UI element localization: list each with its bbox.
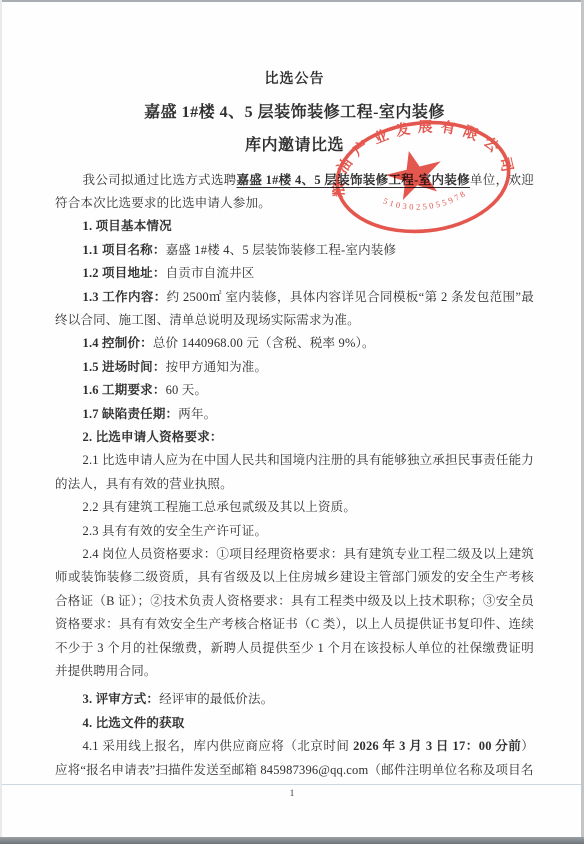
text-run: 1.7 缺陷责任期：: [83, 407, 179, 421]
text-run: 经评审的最低价法。: [159, 692, 273, 706]
page-edge-bottom: [0, 837, 584, 844]
text-run: 1.1 项目名称：: [83, 243, 166, 257]
paragraph: 1.1 项目名称：嘉盛 1#楼 4、5 层装饰装修工程-室内装修: [55, 239, 534, 262]
text-run: 按甲方通知为准。: [166, 360, 268, 374]
section-heading: 4. 比选文件的获取: [55, 712, 534, 735]
doc-subtitle-line2: 库内邀请比选: [55, 136, 534, 156]
text-run: 2. 比选申请人资格要求：: [83, 430, 223, 444]
text-run: 60 天。: [166, 383, 208, 397]
paragraph: 1.2 项目地址：自贡市自流井区: [55, 262, 534, 285]
paragraph: 我公司拟通过比选方式选聘嘉盛 1#楼 4、5 层装饰装修工程-室内装修单位，欢迎…: [55, 169, 534, 216]
doc-subtitle-line1: 嘉盛 1#楼 4、5 层装饰装修工程-室内装修: [55, 103, 534, 123]
page-number: 1: [0, 789, 584, 799]
paragraph: 2.3 具有有效的安全生产许可证。: [55, 520, 534, 543]
paragraph: 1.6 工期要求：60 天。: [55, 379, 534, 402]
paragraph: 1.5 进场时间：按甲方通知为准。: [55, 356, 534, 379]
section-heading: 2. 比选申请人资格要求：: [55, 426, 534, 449]
text-run: 我公司拟通过比选方式选聘: [83, 173, 237, 187]
page-edge-top: [0, 0, 584, 2]
document-body: 我公司拟通过比选方式选聘嘉盛 1#楼 4、5 层装饰装修工程-室内装修单位，欢迎…: [55, 169, 534, 783]
paragraph: 4.1 采用线上报名，库内供应商应将（北京时间 2026 年 3 月 3 日 1…: [55, 735, 534, 782]
document-page: 比选公告 嘉盛 1#楼 4、5 层装饰装修工程-室内装修 库内邀请比选 我公司拟…: [0, 0, 584, 844]
text-run: 1.6 工期要求：: [83, 383, 166, 397]
doc-title: 比选公告: [55, 71, 534, 89]
paragraph: 1.4 控制价：总价 1440968.00 元（含税、税率 9%）。: [55, 332, 534, 355]
text-run: 1.4 控制价：: [83, 336, 153, 350]
text-run: 1.2 项目地址：: [83, 266, 166, 280]
text-run: 3. 评审方式：: [83, 692, 160, 706]
text-run: 2026 年 3 月 3 日 17：00 分前: [353, 739, 521, 753]
text-run: 1.3 工作内容：: [83, 290, 167, 304]
section-heading: 1. 项目基本情况: [55, 215, 534, 238]
text-run: 总价 1440968.00 元（含税、税率 9%）。: [153, 336, 375, 350]
text-run: 2.1 比选申请人应为在中国人民共和国境内注册的具有能够独立承担民事责任能力的法…: [55, 453, 534, 490]
paragraph: 2.1 比选申请人应为在中国人民共和国境内注册的具有能够独立承担民事责任能力的法…: [55, 449, 534, 496]
text-run: 1.5 进场时间：: [83, 360, 166, 374]
section-heading: 3. 评审方式：经评审的最低价法。: [55, 688, 534, 711]
footer-separator-line: [0, 784, 584, 785]
paragraph: 1.7 缺陷责任期：两年。: [55, 403, 534, 426]
text-run: 4.1 采用线上报名，库内供应商应将（北京时间: [83, 739, 354, 753]
paragraph: 2.2 具有建筑工程施工总承包贰级及其以上资质。: [55, 496, 534, 519]
text-run: 自贡市自流井区: [166, 266, 255, 280]
text-run: 4. 比选文件的获取: [83, 716, 185, 730]
page-edge-left: [0, 0, 2, 844]
paragraph: 1.3 工作内容：约 2500㎡ 室内装修，具体内容详见合同模板“第 2 条发包…: [55, 286, 534, 333]
text-run: 2.4 岗位人员资格要求：①项目经理资格要求：具有建筑专业工程二级及以上建筑师或…: [55, 547, 534, 678]
text-run: 嘉盛 1#楼 4、5 层装饰装修工程-室内装修: [237, 173, 470, 187]
text-run: 2.2 具有建筑工程施工总承包贰级及其以上资质。: [83, 500, 357, 514]
text-run: 两年。: [178, 407, 216, 421]
text-run: 1. 项目基本情况: [83, 219, 172, 233]
paragraph: 2.4 岗位人员资格要求：①项目经理资格要求：具有建筑专业工程二级及以上建筑师或…: [55, 543, 534, 683]
text-run: 嘉盛 1#楼 4、5 层装饰装修工程-室内装修: [166, 243, 397, 257]
text-run: 2.3 具有有效的安全生产许可证。: [83, 524, 268, 538]
